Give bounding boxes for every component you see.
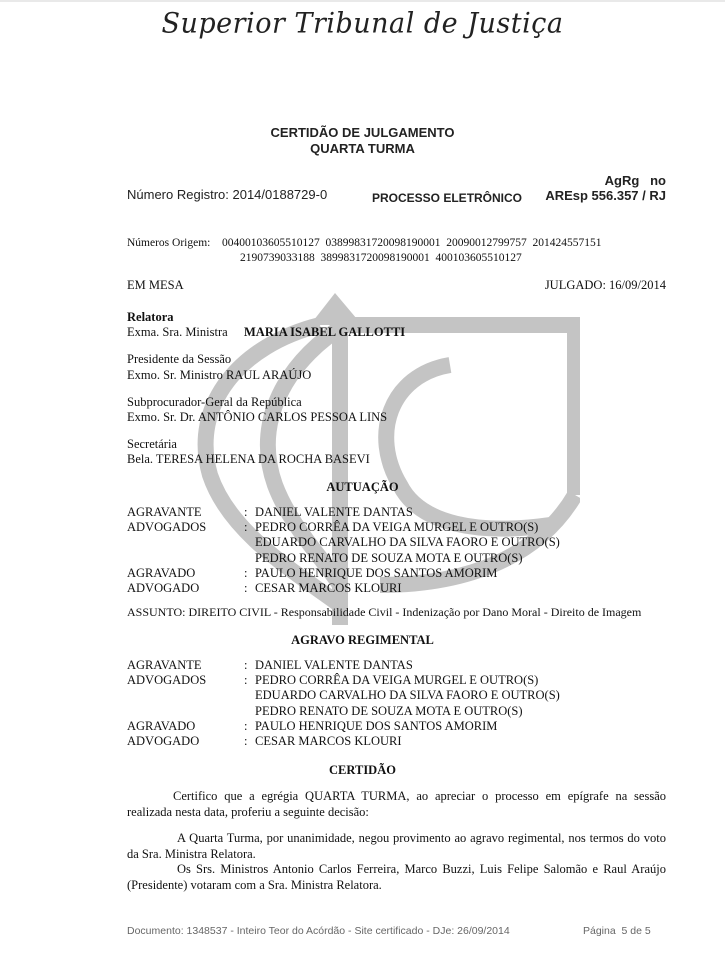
agravo-heading: AGRAVO REGIMENTAL (0, 633, 725, 648)
presidente-value: Exmo. Sr. Ministro RAUL ARAÚJO (127, 368, 311, 383)
party-name: EDUARDO CARVALHO DA SILVA FAORO E OUTRO(… (255, 688, 560, 703)
subprocurador-label: Subprocurador-Geral da República (127, 395, 302, 410)
party-separator: : (244, 734, 247, 749)
document-title: CERTIDÃO DE JULGAMENTO (0, 125, 725, 140)
party-role: ADVOGADOS (127, 520, 206, 535)
party-name: PEDRO CORRÊA DA VEIGA MURGEL E OUTRO(S) (255, 673, 538, 688)
party-role: ADVOGADO (127, 581, 199, 596)
julgado-date: JULGADO: 16/09/2014 (545, 278, 666, 293)
party-separator: : (244, 658, 247, 673)
party-name: PAULO HENRIQUE DOS SANTOS AMORIM (255, 719, 497, 734)
party-name: CESAR MARCOS KLOURI (255, 581, 402, 596)
certidao-text-2: A Quarta Turma, por unanimidade, negou p… (127, 831, 666, 861)
certidao-heading: CERTIDÃO (0, 763, 725, 778)
relatora-label: Relatora (127, 310, 174, 325)
party-separator: : (244, 520, 247, 535)
party-name: DANIEL VALENTE DANTAS (255, 658, 413, 673)
party-name: PEDRO RENATO DE SOUZA MOTA E OUTRO(S) (255, 551, 523, 566)
party-separator: : (244, 581, 247, 596)
party-name: EDUARDO CARVALHO DA SILVA FAORO E OUTRO(… (255, 535, 560, 550)
secretaria-label: Secretária (127, 437, 177, 452)
party-role: ADVOGADO (127, 734, 199, 749)
party-separator: : (244, 673, 247, 688)
party-name: CESAR MARCOS KLOURI (255, 734, 402, 749)
party-separator: : (244, 719, 247, 734)
em-mesa: EM MESA (127, 278, 184, 293)
party-role: AGRAVADO (127, 719, 195, 734)
certidao-paragraph-3: Os Srs. Ministros Antonio Carlos Ferreir… (127, 862, 666, 893)
assunto: ASSUNTO: DIREITO CIVIL - Responsabilidad… (127, 605, 641, 620)
certidao-paragraph-2: A Quarta Turma, por unanimidade, negou p… (127, 831, 666, 862)
relatora-prefix: Exma. Sra. Ministra (127, 325, 228, 340)
processo-eletronico-label: PROCESSO ELETRÔNICO (372, 191, 522, 205)
certidao-paragraph-1: Certifico que a egrégia QUARTA TURMA, ao… (127, 789, 666, 820)
party-role: AGRAVADO (127, 566, 195, 581)
origem-label: Números Origem: (127, 237, 210, 249)
party-separator: : (244, 566, 247, 581)
party-separator: : (244, 505, 247, 520)
document-subtitle: QUARTA TURMA (0, 141, 725, 156)
autuacao-heading: AUTUAÇÃO (0, 480, 725, 495)
party-role: ADVOGADOS (127, 673, 206, 688)
party-name: DANIEL VALENTE DANTAS (255, 505, 413, 520)
party-name: PEDRO RENATO DE SOUZA MOTA E OUTRO(S) (255, 704, 523, 719)
case-class: AgRg no (605, 173, 666, 188)
certidao-text-3: Os Srs. Ministros Antonio Carlos Ferreir… (127, 862, 666, 892)
party-name: PAULO HENRIQUE DOS SANTOS AMORIM (255, 566, 497, 581)
secretaria-value: Bela. TERESA HELENA DA ROCHA BASEVI (127, 452, 370, 467)
party-role: AGRAVANTE (127, 658, 202, 673)
certidao-text-1: Certifico que a egrégia QUARTA TURMA, ao… (127, 789, 666, 819)
party-name: PEDRO CORRÊA DA VEIGA MURGEL E OUTRO(S) (255, 520, 538, 535)
registro-number: Número Registro: 2014/0188729-0 (127, 187, 327, 202)
document-page: CERTIDÃO DE JULGAMENTO QUARTA TURMA Núme… (0, 0, 725, 957)
footer-page-number: Página 5 de 5 (583, 925, 651, 937)
footer-document-info: Documento: 1348537 - Inteiro Teor do Acó… (127, 925, 510, 937)
case-number: AREsp 556.357 / RJ (545, 188, 666, 203)
origem-numbers-line1: 00400103605510127 03899831720098190001 2… (222, 237, 602, 249)
subprocurador-value: Exmo. Sr. Dr. ANTÔNIO CARLOS PESSOA LINS (127, 410, 387, 425)
origem-numbers-line2: 2190739033188 3899831720098190001 400103… (240, 252, 522, 264)
presidente-label: Presidente da Sessão (127, 352, 231, 367)
party-role: AGRAVANTE (127, 505, 202, 520)
relatora-name: MARIA ISABEL GALLOTTI (244, 325, 405, 340)
